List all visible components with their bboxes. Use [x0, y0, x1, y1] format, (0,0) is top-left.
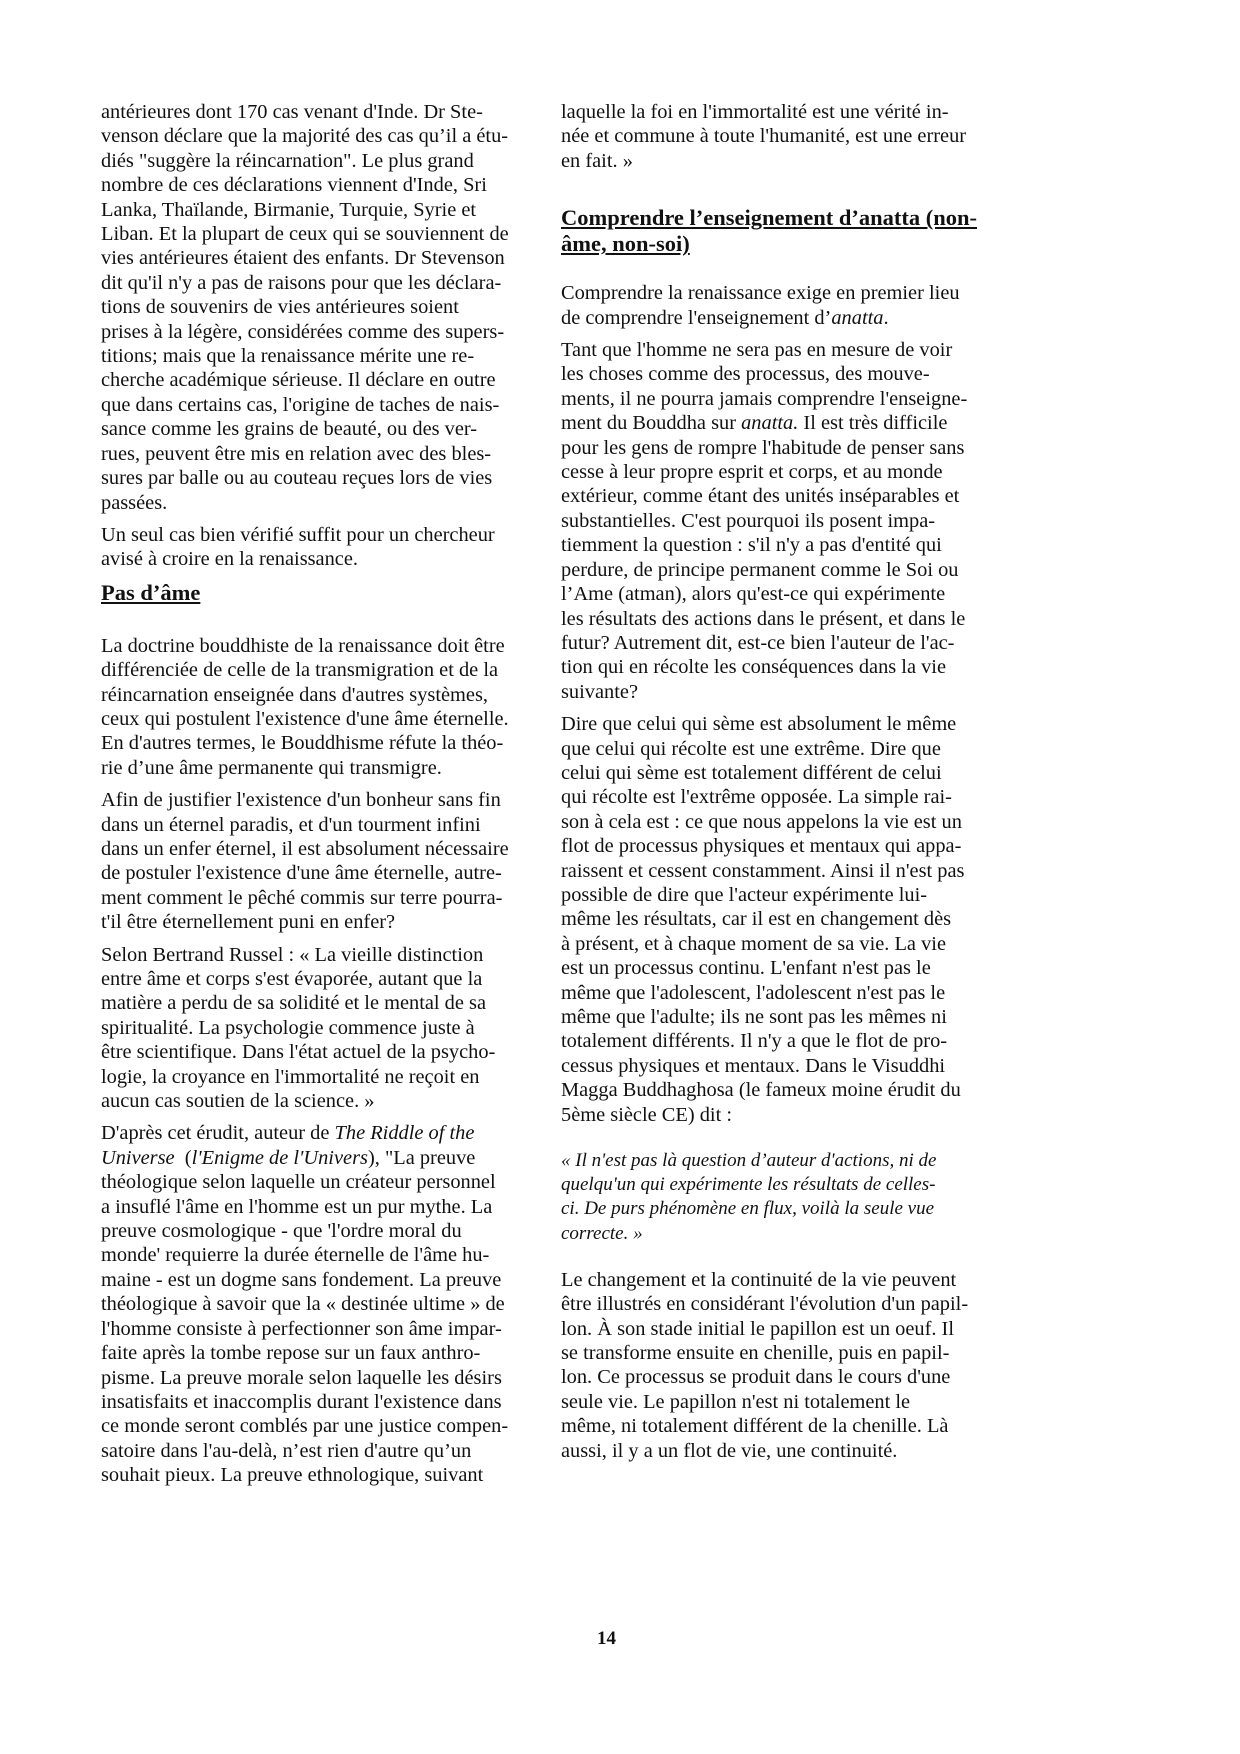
text-line: les choses comme des processus, des mouv… — [561, 362, 1009, 386]
text-line: suivante? — [561, 680, 1009, 704]
paragraph-one-case: Un seul cas bien vérifié suffit pour un … — [101, 523, 549, 572]
text-line: théologique selon laquelle un créateur p… — [101, 1170, 549, 1194]
paragraph-justify: Afin de justifier l'existence d'un bonhe… — [101, 788, 549, 934]
text-line: possible de dire que l'acteur expériment… — [561, 883, 1009, 907]
text-line: Afin de justifier l'existence d'un bonhe… — [101, 788, 549, 812]
right-column: laquelle la foi en l'immortalité est une… — [561, 100, 1009, 1471]
text-line: née et commune à toute l'humanité, est u… — [561, 124, 1009, 148]
left-column: antérieures dont 170 cas venant d'Inde. … — [101, 100, 549, 1496]
text-line: même que l'adolescent, l'adolescent n'es… — [561, 981, 1009, 1005]
text-line: 5ème siècle CE) dit : — [561, 1103, 1009, 1127]
text-line: est un processus continu. L'enfant n'est… — [561, 956, 1009, 980]
paragraph-stevenson: antérieures dont 170 cas venant d'Inde. … — [101, 100, 549, 515]
text-line: insatisfaits et inaccomplis durant l'exi… — [101, 1390, 549, 1414]
text-line: l'homme consiste à perfectionner son âme… — [101, 1317, 549, 1341]
text-line: substantielles. C'est pourquoi ils posen… — [561, 509, 1009, 533]
text: ( — [175, 1147, 192, 1169]
book-title: The Riddle of the — [335, 1122, 475, 1144]
text-line: différenciée de celle de la transmigrati… — [101, 658, 549, 682]
text: Tant que l'homme ne sera pas en mesure d… — [561, 338, 1009, 411]
text: Comprendre la renaissance exige en premi… — [561, 281, 1009, 305]
text-line: Magga Buddhaghosa (le fameux moine érudi… — [561, 1078, 1009, 1102]
text-line: logie, la croyance en l'immortalité ne r… — [101, 1065, 549, 1089]
text-line: théologique à savoir que la « destinée u… — [101, 1292, 549, 1316]
paragraph-riddle: D'après cet érudit, auteur de The Riddle… — [101, 1121, 549, 1487]
paragraph-russel-quote: Selon Bertrand Russel : « La vieille dis… — [101, 943, 549, 1114]
text-line: lon. Ce processus se produit dans le cou… — [561, 1365, 1009, 1389]
text-line: venson déclare que la majorité des cas q… — [101, 124, 549, 148]
text-line: pour les gens de rompre l'habitude de pe… — [561, 436, 1009, 460]
heading-pas-d-ame: Pas d’âme — [101, 580, 549, 606]
text-line: dans un éternel paradis, et d'un tourmen… — [101, 813, 549, 837]
text-line: être illustrés en considérant l'évolutio… — [561, 1292, 1009, 1316]
text-line: flot de processus physiques et mentaux q… — [561, 834, 1009, 858]
text-line: raissent et cessent constamment. Ainsi i… — [561, 859, 1009, 883]
text-line: tions de souvenirs de vies antérieures s… — [101, 295, 549, 319]
text: D'après cet érudit, auteur de — [101, 1122, 335, 1144]
text-line: Selon Bertrand Russel : « La vieille dis… — [101, 943, 549, 967]
text-line: sance comme les grains de beauté, ou des… — [101, 417, 549, 441]
text-line: correcte. » — [561, 1222, 1009, 1246]
text-line: Liban. Et la plupart de ceux qui se souv… — [101, 222, 549, 246]
book-title-cont: Universe — [101, 1147, 175, 1169]
text-line: seule vie. Le papillon n'est ni totaleme… — [561, 1390, 1009, 1414]
text-line: en fait. » — [561, 149, 1009, 173]
text-line: souhait pieux. La preuve ethnologique, s… — [101, 1463, 549, 1487]
book-title-french: l'Enigme de l'Univers — [192, 1147, 368, 1169]
text-line: laquelle la foi en l'immortalité est une… — [561, 100, 1009, 124]
text-line: futur? Autrement dit, est-ce bien l'aute… — [561, 631, 1009, 655]
text-line: extérieur, comme étant des unités insépa… — [561, 484, 1009, 508]
text-line: Le changement et la continuité de la vie… — [561, 1268, 1009, 1292]
text: . — [883, 307, 888, 329]
text-line: perdure, de principe permanent comme le … — [561, 558, 1009, 582]
text-line: monde' requierre la durée éternelle de l… — [101, 1243, 549, 1267]
text-line: cesse à leur propre esprit et corps, et … — [561, 460, 1009, 484]
text-line: tion qui en récolte les conséquences dan… — [561, 655, 1009, 679]
heading-anatta: Comprendre l’enseignement d’anatta (non-… — [561, 205, 1009, 257]
text-line: de postuler l'existence d'une âme éterne… — [101, 861, 549, 885]
paragraph-tant-que: Tant que l'homme ne sera pas en mesure d… — [561, 338, 1009, 704]
text-line: aussi, il y a un flot de vie, une contin… — [561, 1439, 1009, 1463]
text: de comprendre l'enseignement d’ — [561, 307, 831, 329]
text-line: preuve cosmologique - que 'l'ordre moral… — [101, 1219, 549, 1243]
text-line: quelqu'un qui expérimente les résultats … — [561, 1173, 1009, 1197]
text-line: vies antérieures étaient des enfants. Dr… — [101, 246, 549, 270]
text-line: aucun cas soutien de la science. » — [101, 1089, 549, 1113]
text-line: La doctrine bouddhiste de la renaissance… — [101, 634, 549, 658]
text-line: ci. De purs phénomène en flux, voilà la … — [561, 1197, 1009, 1221]
text-line: ment comment le pêché commis sur terre p… — [101, 886, 549, 910]
text-line: cherche académique sérieuse. Il déclare … — [101, 368, 549, 392]
text-line: avisé à croire en la renaissance. — [101, 547, 549, 571]
text-line: à présent, et à chaque moment de sa vie.… — [561, 932, 1009, 956]
text-line: prises à la légère, considérées comme de… — [101, 320, 549, 344]
text-line: lon. À son stade initial le papillon est… — [561, 1317, 1009, 1341]
text-line: satoire dans l'au-delà, n’est rien d'aut… — [101, 1439, 549, 1463]
paragraph-riddle-rest: théologique selon laquelle un créateur p… — [101, 1170, 549, 1487]
text-line: « Il n'est pas là question d’auteur d'ac… — [561, 1149, 1009, 1173]
text-line: passées. — [101, 491, 549, 515]
text-line: ceux qui postulent l'existence d'une âme… — [101, 707, 549, 731]
text-line: qui récolte est l'extrême opposée. La si… — [561, 785, 1009, 809]
text-line: dit qu'il n'y a pas de raisons pour que … — [101, 271, 549, 295]
text-line: matière a perdu de sa solidité et le men… — [101, 991, 549, 1015]
text-line: En d'autres termes, le Bouddhisme réfute… — [101, 731, 549, 755]
text: ment du Bouddha sur — [561, 412, 741, 434]
text-line: Lanka, Thaïlande, Birmanie, Turquie, Syr… — [101, 198, 549, 222]
text-line: maine - est un dogme sans fondement. La … — [101, 1268, 549, 1292]
text-line: antérieures dont 170 cas venant d'Inde. … — [101, 100, 549, 124]
term-anatta: anatta. — [741, 412, 798, 434]
text-line: âme, non-soi) — [561, 231, 1009, 257]
text-line: sures par balle ou au couteau reçues lor… — [101, 466, 549, 490]
paragraph-dire-que: Dire que celui qui sème est absolument l… — [561, 712, 1009, 1127]
text-line: spiritualité. La psychologie commence ju… — [101, 1016, 549, 1040]
text-line: rues, peuvent être mis en relation avec … — [101, 442, 549, 466]
text-line: se transforme ensuite en chenille, puis … — [561, 1341, 1009, 1365]
text-line: pisme. La preuve morale selon laquelle l… — [101, 1366, 549, 1390]
page-number: 14 — [597, 1628, 616, 1650]
text-line: même, ni totalement différent de la chen… — [561, 1414, 1009, 1438]
text-line: que dans certains cas, l'origine de tach… — [101, 393, 549, 417]
text-line: même que l'adulte; ils ne sont pas les m… — [561, 1005, 1009, 1029]
text-line: rie d’une âme permanente qui transmigre. — [101, 756, 549, 780]
paragraph-immortality-end: laquelle la foi en l'immortalité est une… — [561, 100, 1009, 173]
text-line: ments, il ne pourra jamais comprendre l'… — [561, 387, 1009, 411]
text-line: tiemment la question : s'il n'y a pas d'… — [561, 533, 1009, 557]
text-line: dans un enfer éternel, il est absolument… — [101, 837, 549, 861]
text-line: Dire que celui qui sème est absolument l… — [561, 712, 1009, 736]
quote-visuddhi-magga: « Il n'est pas là question d’auteur d'ac… — [561, 1149, 1009, 1246]
text-line: être scientifique. Dans l'état actuel de… — [101, 1040, 549, 1064]
text: Il est très difficile — [798, 412, 947, 434]
text-line: diés "suggère la réincarnation". Le plus… — [101, 149, 549, 173]
text-line: Un seul cas bien vérifié suffit pour un … — [101, 523, 549, 547]
text-line: réincarnation enseignée dans d'autres sy… — [101, 683, 549, 707]
text-line: a insuflé l'âme en l'homme est un pur my… — [101, 1195, 549, 1219]
text-line: cessus physiques et mentaux. Dans le Vis… — [561, 1054, 1009, 1078]
text-line: totalement différents. Il n'y a que le f… — [561, 1029, 1009, 1053]
text-line: que celui qui récolte est une extrême. D… — [561, 737, 1009, 761]
text-line: t'il être éternellement puni en enfer? — [101, 910, 549, 934]
text-line: Comprendre l’enseignement d’anatta (non- — [561, 205, 1009, 231]
paragraph-papillon: Le changement et la continuité de la vie… — [561, 1268, 1009, 1463]
text: ), "La preuve — [368, 1147, 475, 1169]
text-line: Tant que l'homme ne sera pas en mesure d… — [561, 338, 1009, 362]
text: pour les gens de rompre l'habitude de pe… — [561, 436, 1009, 704]
paragraph-doctrine: La doctrine bouddhiste de la renaissance… — [101, 634, 549, 780]
text-line: l’Ame (atman), alors qu'est-ce qui expér… — [561, 582, 1009, 606]
text-line: ce monde seront comblés par une justice … — [101, 1414, 549, 1438]
paragraph-comprendre: Comprendre la renaissance exige en premi… — [561, 281, 1009, 330]
term-anatta: anatta — [831, 307, 883, 329]
text-line: même les résultats, car il est en change… — [561, 907, 1009, 931]
text-line: titions; mais que la renaissance mérite … — [101, 344, 549, 368]
text-line: son à cela est : ce que nous appelons la… — [561, 810, 1009, 834]
text-line: nombre de ces déclarations viennent d'In… — [101, 173, 549, 197]
text-line: entre âme et corps s'est évaporée, autan… — [101, 967, 549, 991]
text-line: celui qui sème est totalement différent … — [561, 761, 1009, 785]
text-line: faite après la tombe repose sur un faux … — [101, 1341, 549, 1365]
text-line: les résultats des actions dans le présen… — [561, 607, 1009, 631]
